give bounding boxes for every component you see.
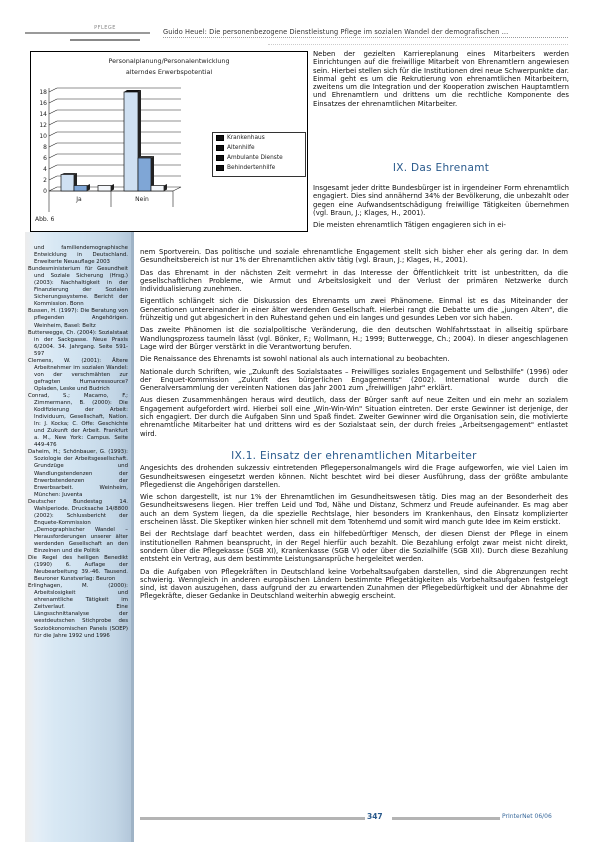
- paragraph: Das das Ehrenamt in der nächsten Zeit ve…: [140, 269, 568, 294]
- section-heading-ehrenamt: IX. Das Ehrenamt: [313, 164, 569, 172]
- reference-item: Deutscher Bundestag 14. Wahlperiode. Dru…: [28, 499, 128, 555]
- reference-item: und familiendemographische Entwicklung i…: [28, 245, 128, 266]
- legend-swatch-icon: [216, 145, 224, 151]
- reference-item: Conrad, S.; Macamo, F.; Zimmermann, B. (…: [28, 393, 128, 449]
- journal-issue: PrInterNet 06/06: [502, 813, 552, 820]
- svg-text:Nein: Nein: [135, 196, 149, 203]
- reference-item: Die Regel des heiligen Benedikt (1990) 6…: [28, 555, 128, 583]
- footer-rule-right: [392, 817, 500, 820]
- page-number: 347: [367, 812, 383, 821]
- legend-swatch-icon: [216, 155, 224, 161]
- svg-text:2: 2: [43, 177, 47, 184]
- reference-item: Bussen, H. (1997): Die Beratung von pfle…: [28, 308, 128, 329]
- paragraph: nem Sportverein. Das politische und sozi…: [140, 248, 568, 265]
- paragraph: Nationale durch Schriften, wie „Zukunft …: [140, 368, 568, 393]
- legend-swatch-icon: [216, 165, 224, 171]
- running-title: Guido Heuel: Die personenbezogene Dienst…: [163, 28, 568, 38]
- figure-label: Abb. 6: [35, 216, 54, 223]
- legend-item: Krankenhaus: [213, 133, 305, 143]
- header-divider: [268, 44, 568, 45]
- logo-text: PFLEGE: [70, 25, 140, 41]
- legend-swatch-icon: [216, 135, 224, 141]
- svg-text:12: 12: [39, 122, 47, 129]
- paragraph: Insgesamt jeder dritte Bundesbürger ist …: [313, 184, 569, 217]
- reference-item: Clemens, W. (2001): Ältere Arbeitnehmer …: [28, 358, 128, 393]
- intro-paragraph: Neben der gezielten Karriereplanung eine…: [313, 50, 569, 108]
- reference-item: Daheim, H.; Schönbauer, G. (1993): Sozio…: [28, 449, 128, 498]
- chart-legend: Krankenhaus Altenhilfe Ambulante Dienste…: [212, 132, 306, 177]
- references-list: und familiendemographische Entwicklung i…: [28, 245, 128, 640]
- reference-item: Bundesministerium für Gesundheit und Soz…: [28, 266, 128, 308]
- intro-text: Neben der gezielten Karriereplanung eine…: [313, 50, 569, 112]
- paragraph: Da die Aufgaben von Pflegekräften in Deu…: [140, 568, 568, 601]
- svg-text:14: 14: [39, 111, 47, 118]
- svg-text:18: 18: [39, 89, 47, 96]
- paragraph: Die meisten ehrenamtlich Tätigen engagie…: [313, 221, 569, 229]
- main-text: nem Sportverein. Das politische und sozi…: [140, 248, 568, 605]
- paragraph: Die Renaissance des Ehrenamts ist sowohl…: [140, 355, 568, 363]
- ehrenamt-text: Insgesamt jeder dritte Bundesbürger ist …: [313, 184, 569, 233]
- svg-text:6: 6: [43, 155, 47, 162]
- reference-item: Butterwegge, Ch. (2004): Sozialstaat in …: [28, 330, 128, 358]
- paragraph: Angesichts des drohenden sukzessiv eintr…: [140, 464, 568, 489]
- svg-text:4: 4: [43, 166, 47, 173]
- sidebar-edge: [131, 232, 134, 842]
- section-heading-einsatz: IX.1. Einsatz der ehrenamtlichen Mitarbe…: [140, 452, 568, 460]
- footer-rule-left: [140, 817, 365, 820]
- paragraph: Das zweite Phänomen ist die sozialpoliti…: [140, 326, 568, 351]
- journal-logo: PFLEGE: [25, 23, 150, 43]
- svg-text:10: 10: [39, 133, 47, 140]
- legend-item: Behindertenhilfe: [213, 163, 305, 173]
- bar-chart: Personalplanung/Personalentwicklung alte…: [30, 51, 308, 232]
- reference-item: Erlinghagen, M. (2000): Arbeitslosigkeit…: [28, 583, 128, 639]
- svg-text:Ja: Ja: [75, 196, 82, 203]
- paragraph: Wie schon dargestellt, ist nur 1% der Eh…: [140, 493, 568, 526]
- paragraph: Aus diesen Zusammenhängen heraus wird de…: [140, 396, 568, 437]
- svg-text:0: 0: [43, 188, 47, 195]
- legend-item: Altenhilfe: [213, 143, 305, 153]
- paragraph: Eigentlich schlängelt sich die Diskussio…: [140, 297, 568, 322]
- svg-text:16: 16: [39, 100, 47, 107]
- svg-text:8: 8: [43, 144, 47, 151]
- paragraph: Bei der Rechtslage darf beachtet werden,…: [140, 530, 568, 563]
- legend-item: Ambulante Dienste: [213, 153, 305, 163]
